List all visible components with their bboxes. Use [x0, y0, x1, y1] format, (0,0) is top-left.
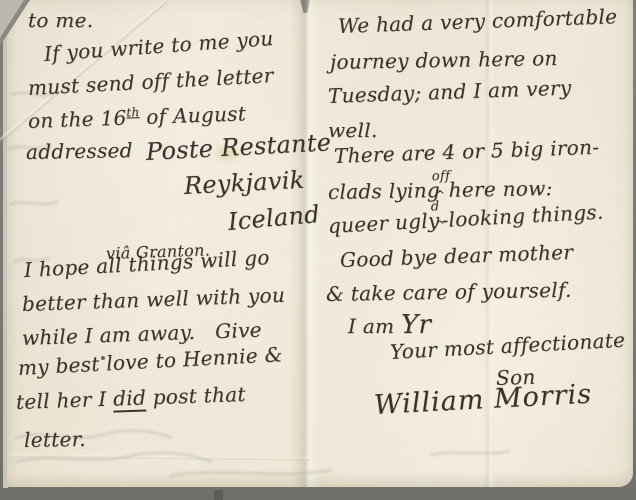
letter-line: addressed [26, 140, 133, 162]
line-text: on the 16 [28, 106, 127, 133]
letter-line: clads lyingoff^ here now: [328, 178, 553, 202]
address-line: Reykjavik [183, 168, 305, 198]
line-text: here now: [442, 176, 553, 202]
line-text: I am [348, 314, 401, 338]
letter-line: well. [328, 120, 378, 140]
line-text: tell her I [16, 387, 114, 414]
letter-line: letter. [24, 429, 86, 450]
abbreviation-flourish: Yr [401, 310, 431, 340]
letter-line: to me. [28, 10, 93, 30]
valediction-line: I am Yr [348, 312, 431, 338]
letter-line: & take care of yourself. [326, 280, 572, 304]
caret-mark: ^ [434, 219, 445, 232]
inserted-word: off [432, 170, 451, 183]
address-line: Iceland [227, 202, 321, 234]
letter-line: journey down here on [330, 48, 558, 72]
line-text: of August [139, 101, 246, 129]
underlined-word: did [113, 385, 147, 412]
ordinal-superscript: th [126, 105, 140, 119]
line-text: post that [146, 382, 247, 409]
scanned-letter-spread: to me. If you write to me you must send … [0, 0, 636, 500]
inserted-word: d [430, 200, 439, 213]
line-text: clads lying [328, 178, 440, 204]
